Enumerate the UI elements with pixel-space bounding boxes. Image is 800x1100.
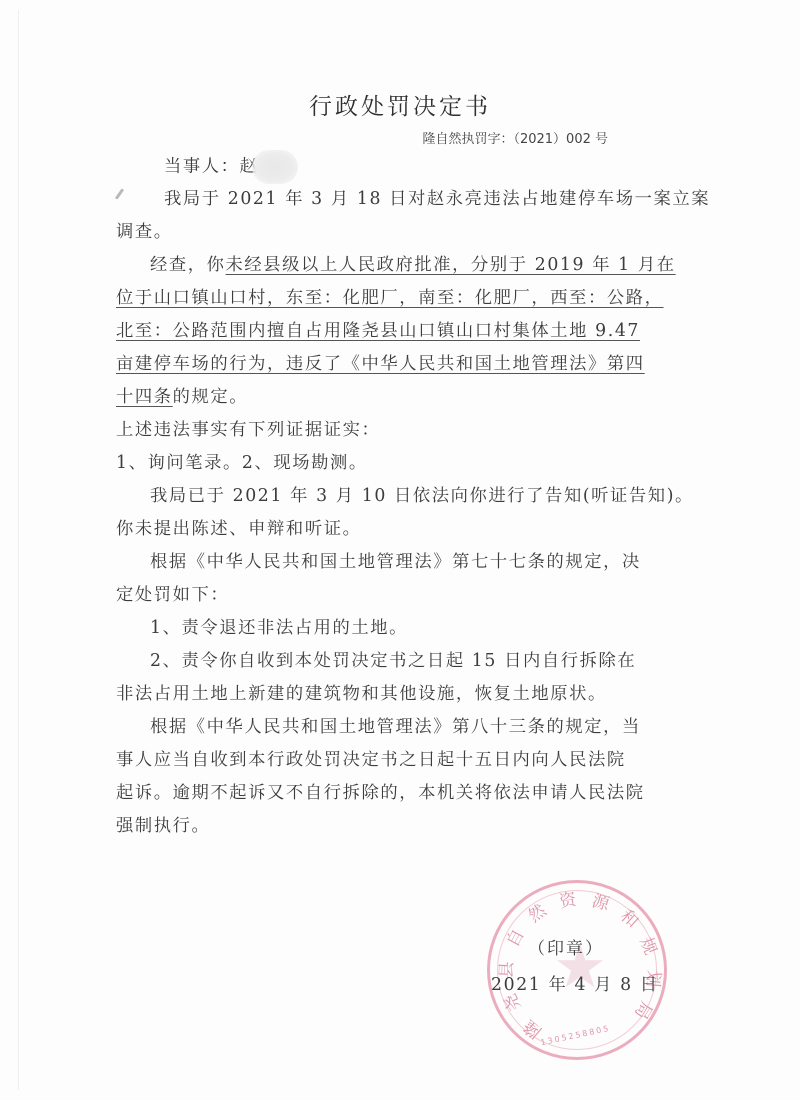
- evidence-heading: 上述违法事实有下列证据证实：: [116, 414, 380, 447]
- paragraph-appeal-rights-3: 起诉。逾期不起诉又不自行拆除的，本机关将依法申请人民法院: [116, 777, 645, 810]
- penalty-item-2-cont: 非法占用土地上新建的建筑物和其他设施，恢复土地原状。: [116, 678, 607, 711]
- party-label: 当事人：赵: [164, 157, 258, 177]
- paragraph-case-filing: 我局于 2021 年 3 月 18 日对赵永亮违法占地建停车场一案立案: [130, 183, 710, 216]
- paragraph-case-filing-cont: 调查。: [116, 216, 173, 249]
- paragraph-findings-1: 经查，你未经县级以上人民政府批准，分别于 2019 年 1 月在: [116, 249, 676, 282]
- document-number: 隆自然执罚字：（2021）002 号: [422, 128, 608, 147]
- paragraph-notice-cont: 你未提出陈述、申辩和听证。: [116, 513, 361, 546]
- paragraph-appeal-rights-2: 事人应当自收到本行政处罚决定书之日起十五日内向人民法院: [116, 744, 626, 777]
- document-title: 行政处罚决定书: [0, 88, 800, 121]
- seal-label: （印章）: [528, 934, 604, 959]
- paragraph-notice: 我局已于 2021 年 3 月 10 日依法向你进行了告知(听证告知)。: [116, 480, 694, 513]
- penalty-item-1: 1、责令退还非法占用的土地。: [116, 612, 408, 645]
- paragraph-findings-5: 十四条的规定。: [116, 381, 248, 414]
- paragraph-appeal-rights: 根据《中华人民共和国土地管理法》第八十三条的规定，当: [116, 711, 641, 744]
- paragraph-legal-basis: 根据《中华人民共和国土地管理法》第七十七条的规定，决: [116, 546, 641, 579]
- penalty-item-2: 2、责令你自收到本处罚决定书之日起 15 日内自行拆除在: [116, 645, 636, 678]
- pen-mark: [115, 188, 124, 200]
- document-page: 行政处罚决定书 隆自然执罚字：（2021）002 号 当事人：赵 我局于 202…: [0, 0, 800, 1100]
- document-date: 2021 年 4 月 8 日: [491, 970, 659, 995]
- party-line: 当事人：赵: [130, 150, 298, 184]
- paragraph-legal-basis-cont: 定处罚如下：: [116, 579, 229, 612]
- paragraph-appeal-rights-4: 强制执行。: [116, 810, 210, 843]
- paragraph-findings-3: 北至：公路范围内擅自占用隆尧县山口镇山口村集体土地 9.47: [116, 315, 640, 348]
- evidence-list: 1、询问笔录。2、现场勘测。: [116, 447, 368, 480]
- redacted-name: [252, 150, 298, 184]
- scan-edge-line: [18, 10, 19, 1090]
- paragraph-findings-2: 位于山口镇山口村，东至：化肥厂，南至：化肥厂，西至：公路，: [116, 282, 664, 315]
- paragraph-findings-4: 亩建停车场的行为，违反了《中华人民共和国土地管理法》第四: [116, 348, 645, 381]
